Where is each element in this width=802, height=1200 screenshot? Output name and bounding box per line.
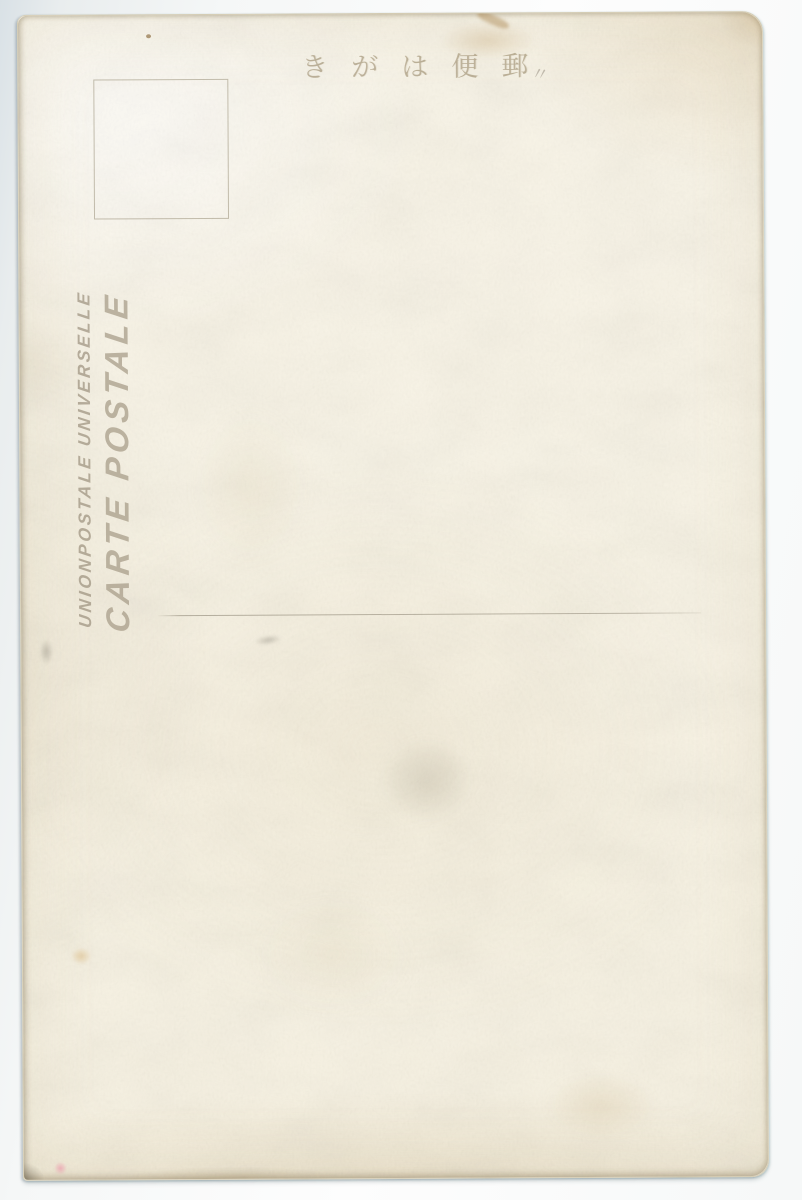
paper-mottle-stain bbox=[253, 894, 414, 1015]
carte-postale-text: CARTE POSTALE bbox=[95, 289, 139, 635]
paper-mottle-stain bbox=[190, 404, 311, 565]
japanese-header-text: きがは便郵 bbox=[301, 52, 551, 83]
rotated-text-inner: UNIONPOSTALE UNIVERSELLE CARTE POSTALE bbox=[71, 286, 139, 635]
postcard-back: きがは便郵 〃 UNIONPOSTALE UNIVERSELLE CARTE P… bbox=[17, 11, 769, 1181]
brown-speck bbox=[146, 34, 151, 38]
scan-background: きがは便郵 〃 UNIONPOSTALE UNIVERSELLE CARTE P… bbox=[0, 0, 802, 1200]
gray-blotch-stain bbox=[379, 738, 474, 823]
edge-wear-mark bbox=[39, 639, 53, 665]
faint-ditto-mark: 〃 bbox=[530, 59, 551, 87]
stamp-box bbox=[93, 79, 229, 220]
tan-smudge-stain bbox=[543, 1071, 658, 1140]
top-diagonal-mark bbox=[476, 11, 511, 31]
rotated-text-block: UNIONPOSTALE UNIVERSELLE CARTE POSTALE bbox=[71, 290, 145, 630]
union-postale-universelle-text: UNIONPOSTALE UNIVERSELLE bbox=[71, 286, 97, 629]
address-divider-line bbox=[158, 612, 701, 616]
pink-speck bbox=[54, 1162, 67, 1175]
yellow-spot-stain bbox=[71, 948, 105, 965]
gray-dash-mark bbox=[254, 634, 283, 647]
